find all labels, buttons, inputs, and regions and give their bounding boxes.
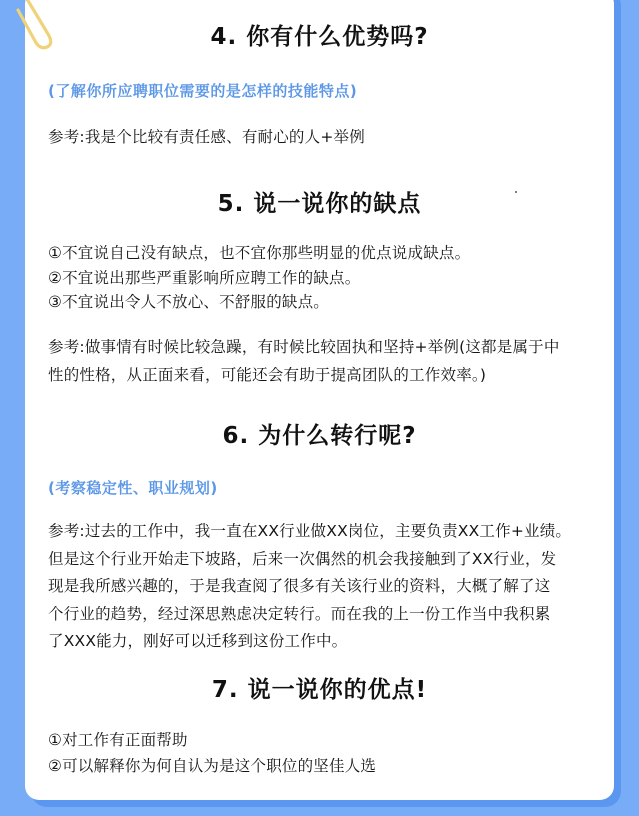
section-6-subtitle: (考察稳定性、职业规划) [48, 477, 218, 498]
list-item: ②不宜说出那些严重影响所应聘工作的缺点。 [48, 266, 580, 291]
paragraph-line: 现是我所感兴趣的，于是我查阅了很多有关该行业的资料，大概了解了这 [48, 573, 580, 601]
list-item: ①对工作有正面帮助 [48, 727, 580, 753]
section-4-heading: 4. 你有什么优势吗? [25, 18, 614, 51]
paragraph-line: 性的性格，从正面来看，可能还会有助于提高团队的工作效率。) [48, 362, 580, 390]
paragraph-line: 但是这个行业开始走下坡路，后来一次偶然的机会我接触到了XX行业，发 [48, 546, 580, 574]
paragraph-line: 参考:过去的工作中，我一直在XX行业做XX岗位，主要负责XX工作+业绩。 [48, 518, 580, 546]
section-6-reference: 参考:过去的工作中，我一直在XX行业做XX岗位，主要负责XX工作+业绩。 但是这… [48, 518, 580, 656]
section-5-heading: 5. 说一说你的缺点 [25, 185, 614, 218]
paragraph-line: 了XXX能力，刚好可以迁移到这份工作中。 [48, 628, 580, 656]
section-4-reference: 参考:我是个比较有责任感、有耐心的人+举例 [48, 124, 580, 152]
section-5-reference: 参考:做事情有时候比较急躁，有时候比较固执和坚持+举例(这都是属于中 性的性格，… [48, 334, 580, 389]
paragraph-line: 参考:做事情有时候比较急躁，有时候比较固执和坚持+举例(这都是属于中 [48, 334, 580, 362]
section-7-heading: 7. 说一说你的优点! [25, 671, 614, 704]
section-4-subtitle: (了解你所应聘职位需要的是怎样的技能特点) [48, 80, 357, 101]
paragraph-line: 个行业的趋势，经过深思熟虑决定转行。而在我的上一份工作当中我积累 [48, 601, 580, 629]
list-item: ③不宜说出令人不放心、不舒服的缺点。 [48, 290, 580, 315]
section-6-heading: 6. 为什么转行呢? [25, 417, 614, 450]
paragraph-line: 参考:我是个比较有责任感、有耐心的人+举例 [48, 124, 580, 152]
section-7-list: ①对工作有正面帮助 ②可以解释你为何自认为是这个职位的坚佳人选 [48, 727, 580, 779]
section-5-list: ①不宜说自己没有缺点，也不宜你那些明显的优点说成缺点。 ②不宜说出那些严重影响所… [48, 241, 580, 315]
list-item: ②可以解释你为何自认为是这个职位的坚佳人选 [48, 753, 580, 779]
list-item: ①不宜说自己没有缺点，也不宜你那些明显的优点说成缺点。 [48, 241, 580, 266]
